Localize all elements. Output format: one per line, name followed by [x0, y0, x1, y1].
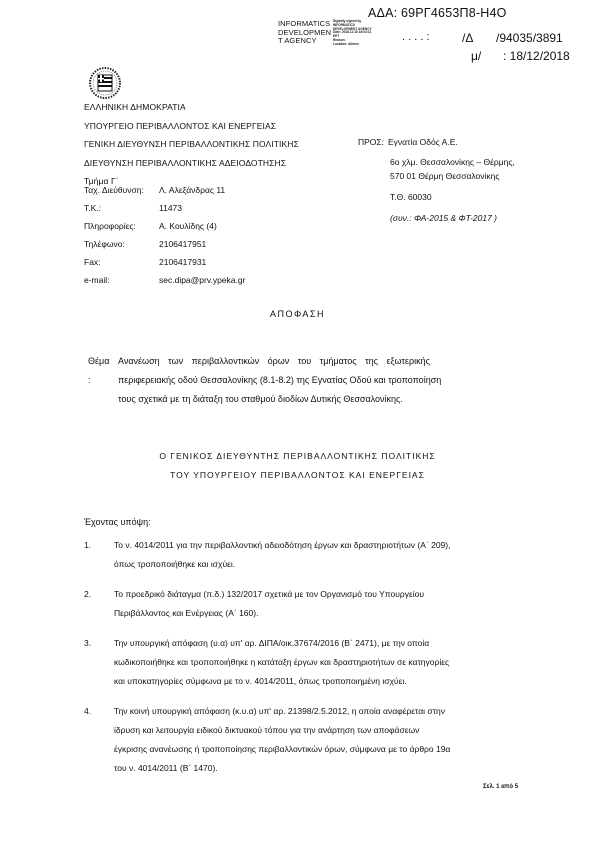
- sender-line: ΥΠΟΥΡΓΕΙΟ ΠΕΡΙΒΑΛΛΟΝΤΟΣ ΚΑΙ ΕΝΕΡΓΕΙΑΣ: [84, 117, 299, 136]
- list-item-number: 3.: [84, 634, 91, 653]
- protocol-label: . . . . :: [402, 31, 430, 43]
- digital-signature-details: Digitally signed by INFORMATICS DEVELOPM…: [333, 20, 373, 47]
- contact-label: Πληροφορίες:: [84, 217, 159, 235]
- list-item-line: Περιβάλλοντος και Ενέργειας (Α΄ 160).: [114, 604, 526, 623]
- subject-label: Θέμα :: [88, 352, 109, 390]
- contact-details: Ταχ. Διεύθυνση: Λ. Αλεξάνδρας 11 Τ.Κ.: 1…: [84, 181, 245, 289]
- list-item-line: όπως τροποποιήθηκε και ισχύει.: [114, 555, 526, 574]
- contact-row: Fax: 2106417931: [84, 253, 245, 271]
- date-value: : 18/12/2018: [503, 49, 570, 63]
- contact-value: 2106417931: [159, 253, 206, 271]
- contact-label: Τηλέφωνο:: [84, 235, 159, 253]
- contact-row: e-mail: sec.dipa@prv.ypeka.gr: [84, 271, 245, 289]
- recipient-name: Εγνατία Οδός Α.Ε.: [388, 137, 458, 147]
- issuing-authority: Ο ΓΕΝΙΚΟΣ ΔΙΕΥΘΥΝΤΗΣ ΠΕΡΙΒΑΛΛΟΝΤΙΚΗΣ ΠΟΛ…: [0, 447, 595, 485]
- recipient-label: ΠΡΟΣ:: [358, 137, 384, 147]
- subject-line: περιφερειακής οδού Θεσσαλονίκης (8.1-8.2…: [118, 371, 528, 390]
- list-item-line: και υποκατηγορίες σύμφωνα με το ν. 4014/…: [114, 672, 526, 691]
- recipient-address-line: 570 01 Θέρμη Θεσσαλονίκης: [390, 171, 499, 181]
- list-item-number: 2.: [84, 585, 91, 604]
- list-item-line: κωδικοποιήθηκε και τροποποιήθηκε η κατάτ…: [114, 653, 526, 672]
- contact-row: Τηλέφωνο: 2106417951: [84, 235, 245, 253]
- recipient-po-box: Τ.Θ. 60030: [390, 192, 432, 202]
- signature-detail-line: Location: Athens: [333, 43, 373, 47]
- list-item-line: του ν. 4014/2011 (Β΄ 1470).: [114, 759, 526, 778]
- recipient-address-line: 6ο χλμ. Θεσσαλονίκης – Θέρμης,: [390, 157, 515, 167]
- list-item-line: Το προεδρικό διάταγμα (π.δ.) 132/2017 σχ…: [114, 585, 526, 604]
- page-number: Σελ. 1 από 5: [483, 784, 518, 790]
- list-item-line: Την κοινή υπουργική απόφαση (κ.υ.α) υπ' …: [114, 702, 526, 721]
- contact-value: Λ. Αλεξάνδρας 11: [159, 181, 225, 199]
- contact-label: e-mail:: [84, 271, 159, 289]
- contact-row: Τ.Κ.: 11473: [84, 199, 245, 217]
- list-item: 3. Την υπουργική απόφαση (υ.α) υπ' αρ. Δ…: [84, 634, 526, 691]
- contact-value: 2106417951: [159, 235, 206, 253]
- list-item-line: ίδρυση και λειτουργία ειδικού δικτυακού …: [114, 721, 526, 740]
- list-item-number: 1.: [84, 536, 91, 555]
- date-label: μ/: [471, 49, 481, 63]
- considerations-list: 1. Το ν. 4014/2011 για την περιβαλλοντικ…: [84, 536, 526, 778]
- contact-label: Ταχ. Διεύθυνση:: [84, 181, 159, 199]
- ada-number: ΑΔΑ: 69ΡΓ4653Π8-Η4Ο: [368, 6, 507, 20]
- considering-heading: Έχοντας υπόψη:: [84, 517, 151, 527]
- document-title: ΑΠΟΦΑΣΗ: [0, 309, 595, 319]
- signature-org-line: T AGENCY: [278, 37, 331, 46]
- list-item-number: 4.: [84, 702, 91, 721]
- contact-label: Τ.Κ.:: [84, 199, 159, 217]
- protocol-number: /94035/3891: [496, 31, 563, 45]
- signature-org: INFORMATICS DEVELOPMEN T AGENCY: [278, 20, 331, 46]
- subject-text: Ανανέωση των περιβαλλοντικών όρων του τμ…: [118, 352, 528, 409]
- contact-row: Ταχ. Διεύθυνση: Λ. Αλεξάνδρας 11: [84, 181, 245, 199]
- recipient-reference: (συν.: ΦΑ-2015 & ΦΤ-2017 ): [390, 213, 497, 223]
- subject-line: τους σχετικά με τη διάταξη του σταθμού δ…: [118, 390, 528, 409]
- contact-row: Πληροφορίες: Α. Κουλίδης (4): [84, 217, 245, 235]
- authority-line: Ο ΓΕΝΙΚΟΣ ΔΙΕΥΘΥΝΤΗΣ ΠΕΡΙΒΑΛΛΟΝΤΙΚΗΣ ΠΟΛ…: [0, 447, 595, 466]
- contact-value: Α. Κουλίδης (4): [159, 217, 217, 235]
- subject-line: Ανανέωση των περιβαλλοντικών όρων του τμ…: [118, 352, 528, 371]
- list-item: 1. Το ν. 4014/2011 για την περιβαλλοντικ…: [84, 536, 526, 574]
- sender-line: ΔΙΕΥΘΥΝΣΗ ΠΕΡΙΒΑΛΛΟΝΤΙΚΗΣ ΑΔΕΙΟΔΟΤΗΣΗΣ: [84, 154, 299, 173]
- sender-line: ΓΕΝΙΚΗ ΔΙΕΥΘΥΝΣΗ ΠΕΡΙΒΑΛΛΟΝΤΙΚΗΣ ΠΟΛΙΤΙΚ…: [84, 135, 299, 154]
- protocol-delta: /Δ: [462, 31, 473, 45]
- sender-line: ΕΛΛΗΝΙΚΗ ΔΗΜΟΚΡΑΤΙΑ: [84, 98, 299, 117]
- list-item-line: Την υπουργική απόφαση (υ.α) υπ' αρ. ΔΙΠΑ…: [114, 634, 526, 653]
- sender-block: ΕΛΛΗΝΙΚΗ ΔΗΜΟΚΡΑΤΙΑ ΥΠΟΥΡΓΕΙΟ ΠΕΡΙΒΑΛΛΟΝ…: [84, 98, 299, 191]
- greek-coat-of-arms-icon: [88, 66, 122, 100]
- list-item: 2. Το προεδρικό διάταγμα (π.δ.) 132/2017…: [84, 585, 526, 623]
- authority-line: ΤΟΥ ΥΠΟΥΡΓΕΙΟΥ ΠΕΡΙΒΑΛΛΟΝΤΟΣ ΚΑΙ ΕΝΕΡΓΕΙ…: [0, 466, 595, 485]
- list-item-line: έγκρισης ανανέωσης ή τροποποίησης περιβα…: [114, 740, 526, 759]
- contact-value: 11473: [159, 199, 182, 217]
- list-item: 4. Την κοινή υπουργική απόφαση (κ.υ.α) υ…: [84, 702, 526, 778]
- email-link[interactable]: sec.dipa@prv.ypeka.gr: [159, 271, 245, 289]
- contact-label: Fax:: [84, 253, 159, 271]
- list-item-line: Το ν. 4014/2011 για την περιβαλλοντική α…: [114, 536, 526, 555]
